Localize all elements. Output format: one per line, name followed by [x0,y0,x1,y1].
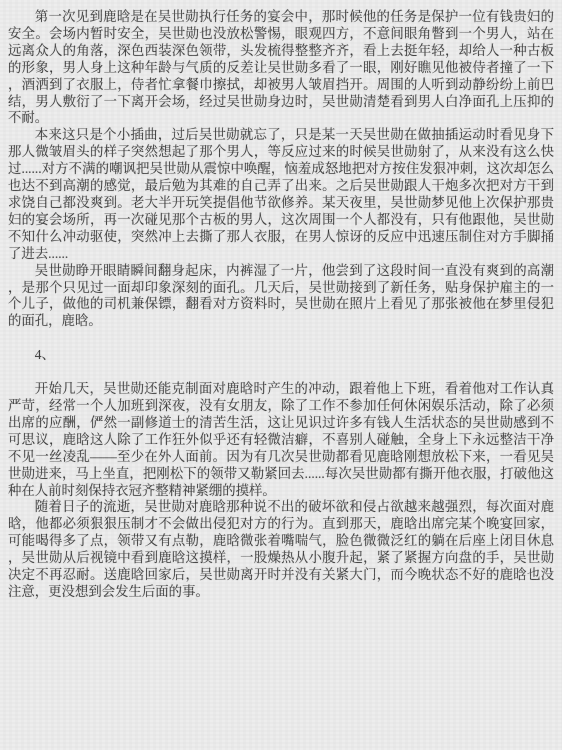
paragraph-2: 本来这只是个小插曲，过后吴世勋就忘了，只是某一天吴世勋在做抽插运动时看见身下那人… [8,127,554,262]
paragraph-5: 随着日子的流逝，吴世勋对鹿晗那种说不出的破坏欲和侵占欲越来越强烈，每次面对鹿晗，… [8,499,554,600]
paragraph-4: 开始几天，吴世勋还能克制面对鹿晗时产生的冲动，跟着他上下班，看着他对工作认真严苛… [8,381,554,499]
paragraph-3: 吴世勋睁开眼睛瞬间翻身起床，内裤湿了一片，他尝到了这段时间一直没有爽到的高潮，是… [8,263,554,331]
document-page: 第一次见到鹿晗是在吴世勋执行任务的宴会中，那时候他的任务是保护一位有钱贵妇的安全… [0,0,562,750]
paragraph-1: 第一次见到鹿晗是在吴世勋执行任务的宴会中，那时候他的任务是保护一位有钱贵妇的安全… [8,9,554,127]
section-number: 4、 [8,347,554,364]
